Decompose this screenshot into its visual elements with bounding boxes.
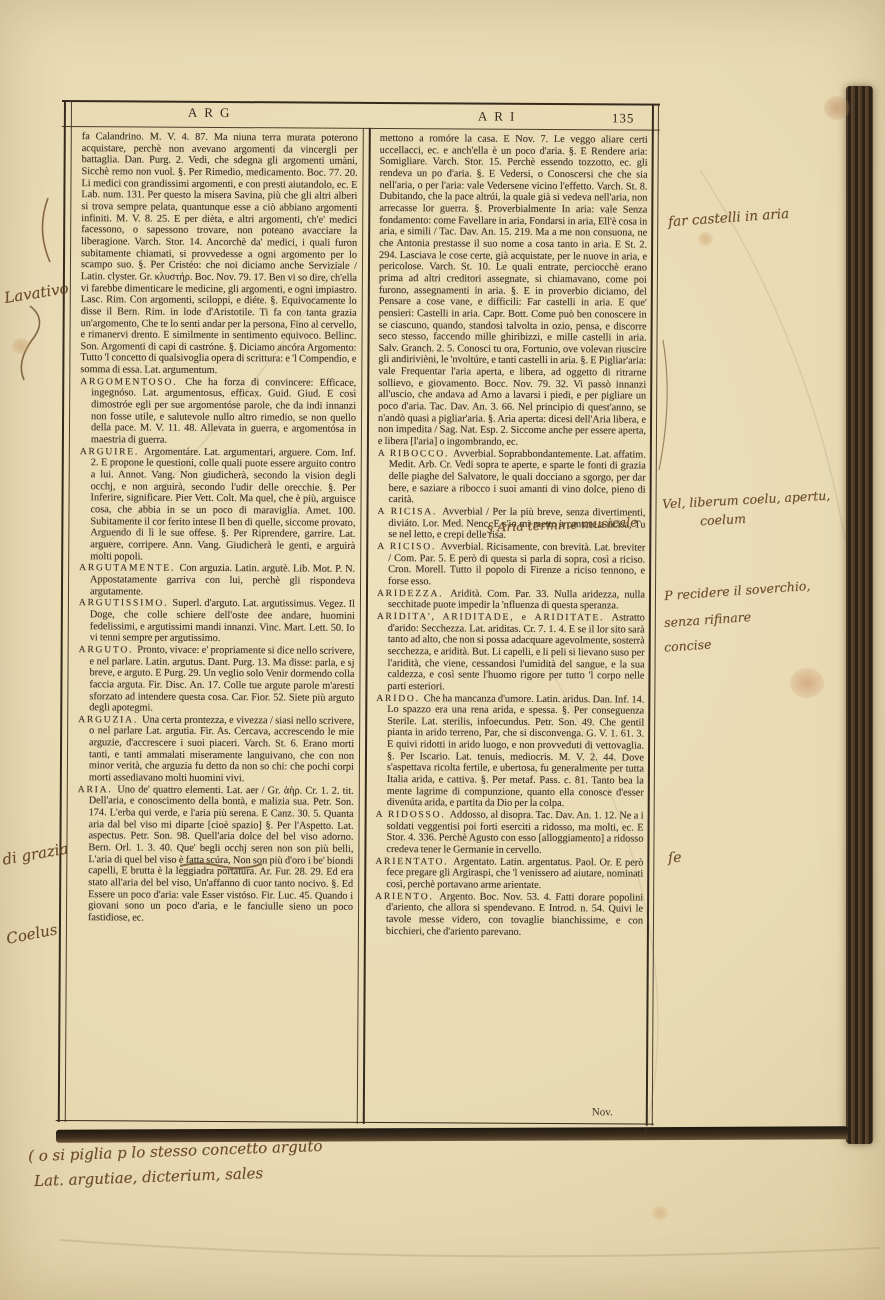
entry-headword: A RIBOCCO. bbox=[378, 448, 453, 459]
dictionary-entry: ARGUTO. Pronto, vivace: e' propriamente … bbox=[78, 644, 354, 716]
running-head-right: ARI bbox=[478, 109, 521, 125]
book-page-scan: ARG ARI 135 fa Calandrino. M. V. 4. 87. … bbox=[0, 0, 885, 1300]
dictionary-entry: ARGUTISSIMO. Superl. d'arguto. Lat. argu… bbox=[79, 597, 355, 645]
marginal-note-coelum-2: coelum bbox=[700, 511, 747, 528]
frame-rule-left-inner bbox=[65, 100, 72, 1122]
entry-headword: ARGUTAMENTE. bbox=[79, 562, 179, 574]
dictionary-entry: ARIENTATO. Argentato. Latin. argentatus.… bbox=[375, 856, 643, 893]
running-head-left: ARG bbox=[188, 105, 237, 121]
entry-headword: A RIDOSSO. bbox=[376, 809, 450, 820]
dictionary-entry: ARIDITA', ARIDITADE, e ARIDITATE. Astrat… bbox=[376, 611, 644, 694]
text-column-left: fa Calandrino. M. V. 4. 87. Ma niuna ter… bbox=[76, 131, 358, 1121]
page-number: 135 bbox=[612, 110, 635, 126]
entry-headword: ARIDITA', ARIDITADE, e ARIDITATE. bbox=[377, 611, 612, 623]
catchword: Nov. bbox=[592, 1106, 613, 1118]
column-continuation-text: fa Calandrino. M. V. 4. 87. Ma niuna ter… bbox=[80, 131, 357, 377]
dictionary-entry: ARIA. Uno de' quattro elementi. Lat. aer… bbox=[77, 784, 354, 926]
entry-headword: ARGUIRE. bbox=[80, 446, 144, 457]
entry-headword: A RICISO. bbox=[377, 541, 440, 552]
dictionary-entry: ARIENTO. Argento. Boc. Nov. 53. 4. Fatti… bbox=[375, 891, 643, 939]
dictionary-entry: ARGUZIA. Una certa prontezza, e vivezza … bbox=[78, 714, 354, 786]
entry-headword: ARIENTATO. bbox=[375, 856, 453, 867]
frame-rule-top bbox=[62, 100, 660, 106]
printed-page: ARG ARI 135 fa Calandrino. M. V. 4. 87. … bbox=[0, 0, 885, 1300]
dictionary-entry: ARGUIRE. Argomentáre. Lat. argumentari, … bbox=[79, 446, 356, 564]
entry-headword: ARGUTO. bbox=[79, 644, 138, 655]
marginal-mark-se: ſe bbox=[668, 850, 682, 867]
dictionary-entry: A RIBOCCO. Avverbial. Soprabbondantement… bbox=[378, 448, 646, 508]
dictionary-entry: A RICISO. Avverbial. Ricisamente, con br… bbox=[377, 541, 645, 589]
column-continuation-text: mettono a romóre la casa. E Nov. 7. Le v… bbox=[378, 133, 648, 449]
column-divider-right bbox=[363, 128, 371, 1124]
entry-headword: ARIENTO. bbox=[375, 891, 439, 902]
text-column-right: mettono a romóre la casa. E Nov. 7. Le v… bbox=[374, 133, 648, 1123]
entry-headword: ARGUZIA. bbox=[78, 714, 142, 725]
dictionary-entry: A RIDOSSO. Addosso, al disopra. Tac. Dav… bbox=[375, 809, 643, 857]
entry-headword: ARGUTISSIMO. bbox=[79, 597, 173, 609]
dictionary-entry: ARIDO. Che ha mancanza d'umore. Latin. a… bbox=[376, 692, 645, 810]
dictionary-entry: ARGOMENTOSO. Che ha forza di convincere:… bbox=[80, 376, 356, 448]
entry-headword: ARIA. bbox=[78, 784, 118, 795]
entry-headword: ARIDO. bbox=[376, 692, 423, 703]
dictionary-entry: ARGUTAMENTE. Con arguzia. Latin. argutè.… bbox=[79, 562, 355, 599]
entry-headword: A RICISA. bbox=[377, 506, 442, 517]
frame-rule-under-header bbox=[62, 126, 660, 131]
entry-headword: ARIDEZZA. bbox=[377, 588, 450, 599]
dictionary-entry: ARIDEZZA. Aridità. Com. Par. 33. Nulla a… bbox=[377, 588, 645, 613]
entry-headword: ARGOMENTOSO. bbox=[80, 376, 185, 388]
